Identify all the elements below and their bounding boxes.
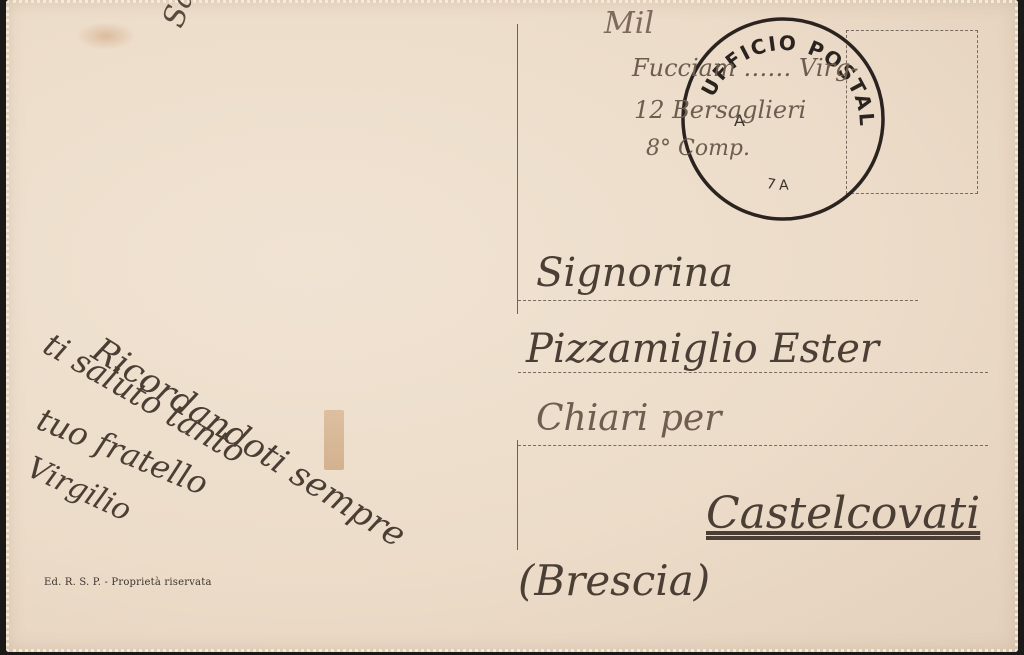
address-line-2: Pizzamiglio Ester	[526, 326, 879, 372]
publisher-imprint: Ed. R. S. P. - Proprietà riservata	[44, 577, 212, 588]
postcard-back: UFFICIO POSTALE 7 A A Mil Fucciam …… Vir…	[6, 0, 1018, 652]
svg-text:7 A: 7 A	[765, 176, 789, 194]
sender-note-line: Mil	[604, 6, 654, 41]
scan-background	[1018, 0, 1024, 655]
sender-note-line: Fucciam …… Virg-	[632, 54, 859, 82]
sender-note-line: 12 Bersaglieri	[634, 96, 806, 124]
address-line	[518, 445, 988, 446]
stain	[324, 410, 344, 470]
sender-note-line: 8° Comp.	[646, 136, 750, 161]
address-line	[518, 300, 918, 301]
center-divider	[517, 24, 518, 314]
address-line	[518, 372, 988, 373]
margin-note: Saluti a tutti	[156, 0, 254, 32]
stain	[76, 22, 136, 50]
address-line-4: Castelcovati	[706, 488, 980, 539]
address-line-1: Signorina	[536, 250, 733, 296]
center-divider	[517, 440, 518, 550]
address-line-5: (Brescia)	[518, 556, 710, 605]
address-line-3: Chiari per	[536, 398, 721, 439]
